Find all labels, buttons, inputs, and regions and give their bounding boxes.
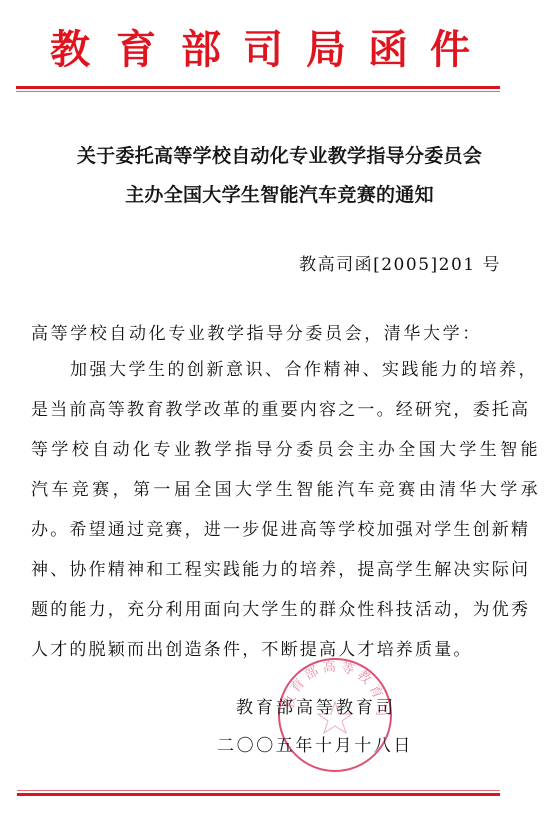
document-number: 教高司函[2005]201 号	[299, 253, 501, 277]
body-line: 人才的脱颖而出创造条件，不断提高人才培养质量。	[31, 638, 473, 662]
masthead-char: 育	[116, 20, 156, 80]
body-line: 等学校自动化专业教学指导分委员会主办全国大学生智能	[31, 438, 541, 462]
masthead-char: 件	[430, 20, 470, 80]
issuer-name: 教育部高等教育司	[236, 696, 396, 720]
masthead-char: 司	[243, 20, 283, 80]
addressee: 高等学校自动化专业教学指导分委员会，清华大学：	[31, 322, 482, 346]
issue-date: 二〇〇五年十月十八日	[217, 734, 413, 758]
masthead-char: 教	[50, 20, 90, 80]
header-rule-thick	[16, 86, 500, 89]
body-line: 加强大学生的创新意识、合作精神、实践能力的培养，	[31, 358, 538, 382]
masthead-char: 函	[368, 20, 408, 80]
masthead-char: 局	[306, 20, 346, 80]
body-line: 题的能力，充分利用面向大学生的群众性科技活动，为优秀	[31, 598, 530, 622]
footer-rule-thick	[17, 793, 500, 796]
document-title-line-2: 主办全国大学生智能汽车竞赛的通知	[0, 182, 559, 208]
document-title-line-1: 关于委托高等学校自动化专业教学指导分委员会	[0, 143, 559, 169]
footer-rule-thin	[17, 790, 500, 791]
body-line: 神、协作精神和工程实践能力的培养，提高学生解决实际问	[31, 558, 530, 582]
masthead: 教 育 部 司 局 函 件	[0, 20, 559, 80]
body-line: 办。希望通过竞赛，进一步促进高等学校加强对学生创新精	[31, 518, 530, 542]
masthead-char: 部	[181, 20, 221, 80]
header-rule-thin	[16, 91, 500, 92]
body-line: 汽车竞赛，第一届全国大学生智能汽车竞赛由清华大学承	[31, 478, 541, 502]
body-line: 是当前高等教育教学改革的重要内容之一。经研究，委托高	[31, 398, 530, 422]
